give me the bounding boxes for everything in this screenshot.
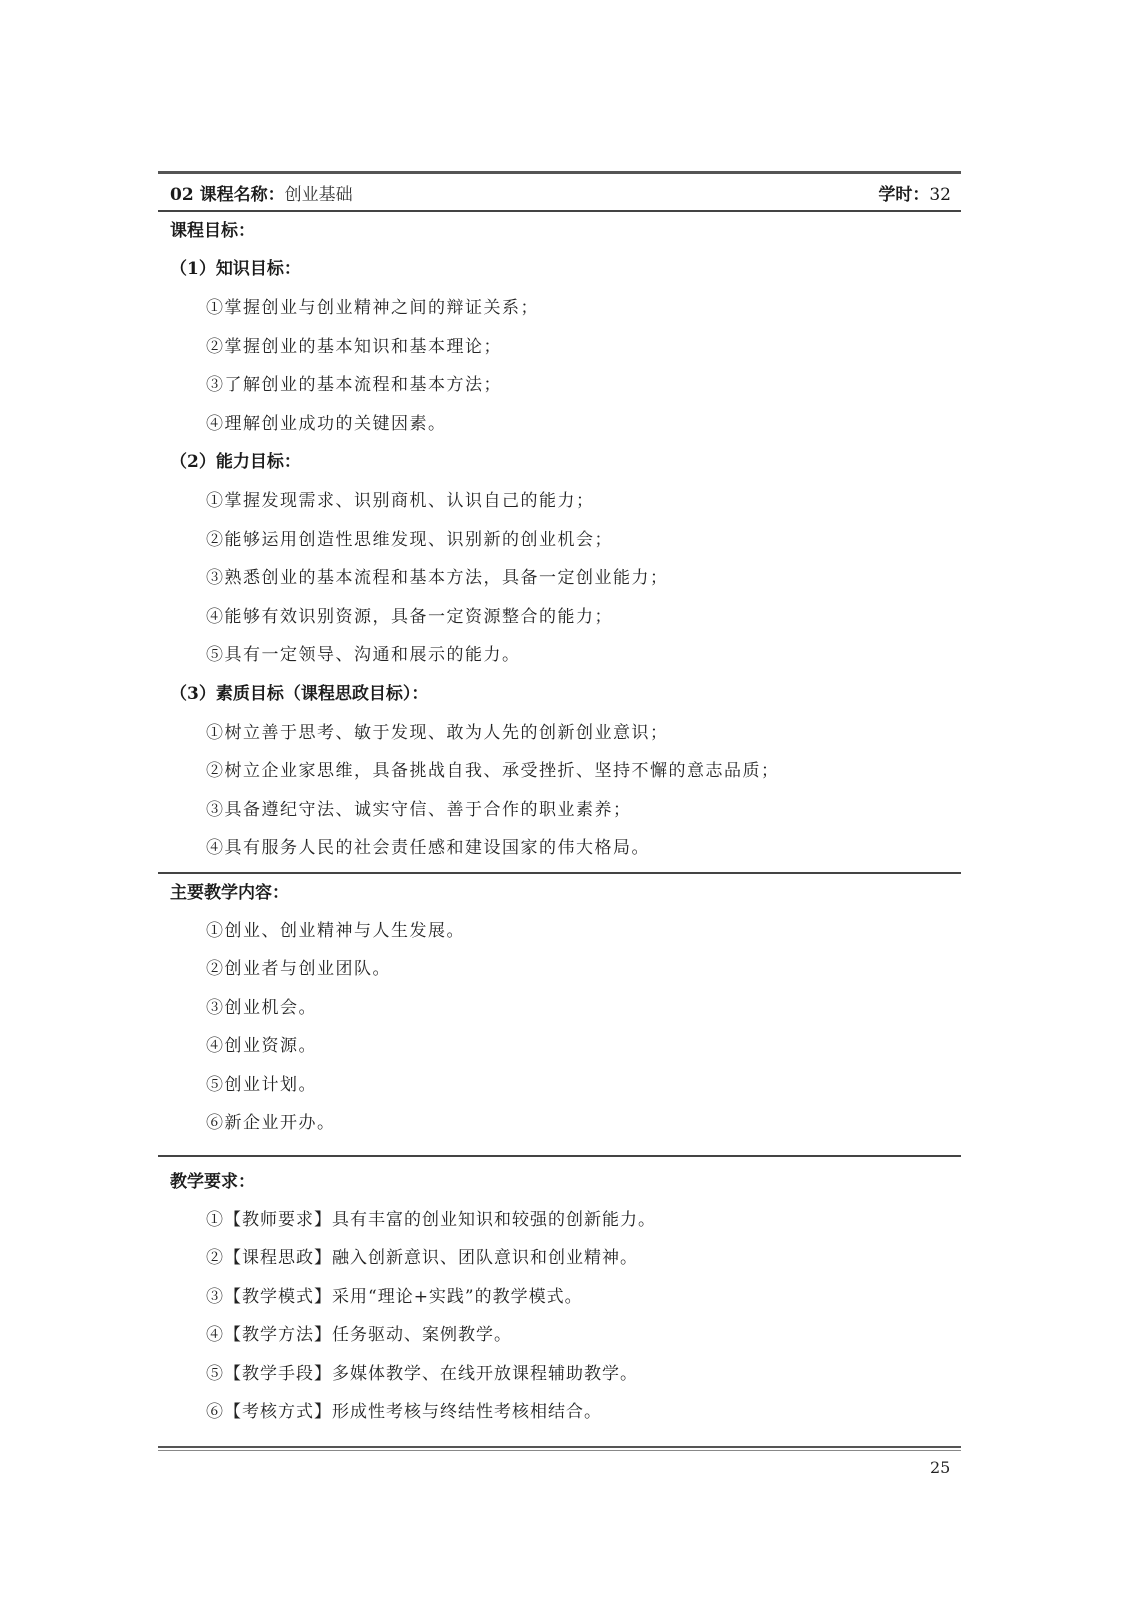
list-item: ③【教学模式】采用“理论+实践”的教学模式。 <box>158 1278 961 1317</box>
list-item: ⑥【考核方式】形成性考核与终结性考核相结合。 <box>158 1393 961 1432</box>
objectives-title: 课程目标： <box>158 212 961 250</box>
list-item: ②掌握创业的基本知识和基本理论； <box>158 328 961 367</box>
list-item: ①创业、创业精神与人生发展。 <box>158 912 961 951</box>
bottom-rule <box>158 1446 961 1451</box>
list-item: ④【教学方法】任务驱动、案例教学。 <box>158 1316 961 1355</box>
list-item: ④创业资源。 <box>158 1027 961 1066</box>
list-item: ①树立善于思考、敏于发现、敢为人先的创新创业意识； <box>158 714 961 753</box>
list-item: ③具备遵纪守法、诚实守信、善于合作的职业素养； <box>158 791 961 830</box>
list-item: ④能够有效识别资源，具备一定资源整合的能力； <box>158 598 961 637</box>
requirements-title: 教学要求： <box>158 1163 961 1201</box>
ability-title: （2）能力目标： <box>158 443 961 482</box>
page-number: 25 <box>930 1458 950 1477</box>
course-header: 02 课程名称：创业基础 学时：32 <box>158 174 961 210</box>
knowledge-title: （1）知识目标： <box>158 250 961 289</box>
list-item: ②能够运用创造性思维发现、识别新的创业机会； <box>158 521 961 560</box>
list-item: ④理解创业成功的关键因素。 <box>158 405 961 444</box>
list-item: ③了解创业的基本流程和基本方法； <box>158 366 961 405</box>
list-item: ③熟悉创业的基本流程和基本方法，具备一定创业能力； <box>158 559 961 598</box>
quality-title: （3）素质目标（课程思政目标）： <box>158 675 961 714</box>
content-section: 主要教学内容： ①创业、创业精神与人生发展。 ②创业者与创业团队。 ③创业机会。… <box>158 874 961 1143</box>
list-item: ②树立企业家思维，具备挑战自我、承受挫折、坚持不懈的意志品质； <box>158 752 961 791</box>
section-rule <box>158 1155 961 1157</box>
course-name-label: 02 课程名称： <box>170 185 285 205</box>
document-page: 02 课程名称：创业基础 学时：32 课程目标： （1）知识目标： ①掌握创业与… <box>0 0 1131 1600</box>
hours-value: 32 <box>929 185 951 205</box>
list-item: ④具有服务人民的社会责任感和建设国家的伟大格局。 <box>158 829 961 868</box>
course-table: 02 课程名称：创业基础 学时：32 课程目标： （1）知识目标： ①掌握创业与… <box>158 171 961 1451</box>
list-item: ①【教师要求】具有丰富的创业知识和较强的创新能力。 <box>158 1201 961 1240</box>
requirements-section: 教学要求： ①【教师要求】具有丰富的创业知识和较强的创新能力。 ②【课程思政】融… <box>158 1163 961 1432</box>
objectives-section: 课程目标： （1）知识目标： ①掌握创业与创业精神之间的辩证关系； ②掌握创业的… <box>158 212 961 868</box>
list-item: ②【课程思政】融入创新意识、团队意识和创业精神。 <box>158 1239 961 1278</box>
course-name-cell: 02 课程名称：创业基础 <box>170 180 353 205</box>
list-item: ①掌握创业与创业精神之间的辩证关系； <box>158 289 961 328</box>
list-item: ⑥新企业开办。 <box>158 1104 961 1143</box>
list-item: ③创业机会。 <box>158 989 961 1028</box>
list-item: ⑤具有一定领导、沟通和展示的能力。 <box>158 636 961 675</box>
list-item: ⑤【教学手段】多媒体教学、在线开放课程辅助教学。 <box>158 1355 961 1394</box>
content-title: 主要教学内容： <box>158 874 961 912</box>
list-item: ②创业者与创业团队。 <box>158 950 961 989</box>
course-name: 创业基础 <box>285 185 353 205</box>
hours-label: 学时： <box>878 185 929 205</box>
course-hours-cell: 学时：32 <box>878 180 951 205</box>
list-item: ⑤创业计划。 <box>158 1066 961 1105</box>
list-item: ①掌握发现需求、识别商机、认识自己的能力； <box>158 482 961 521</box>
